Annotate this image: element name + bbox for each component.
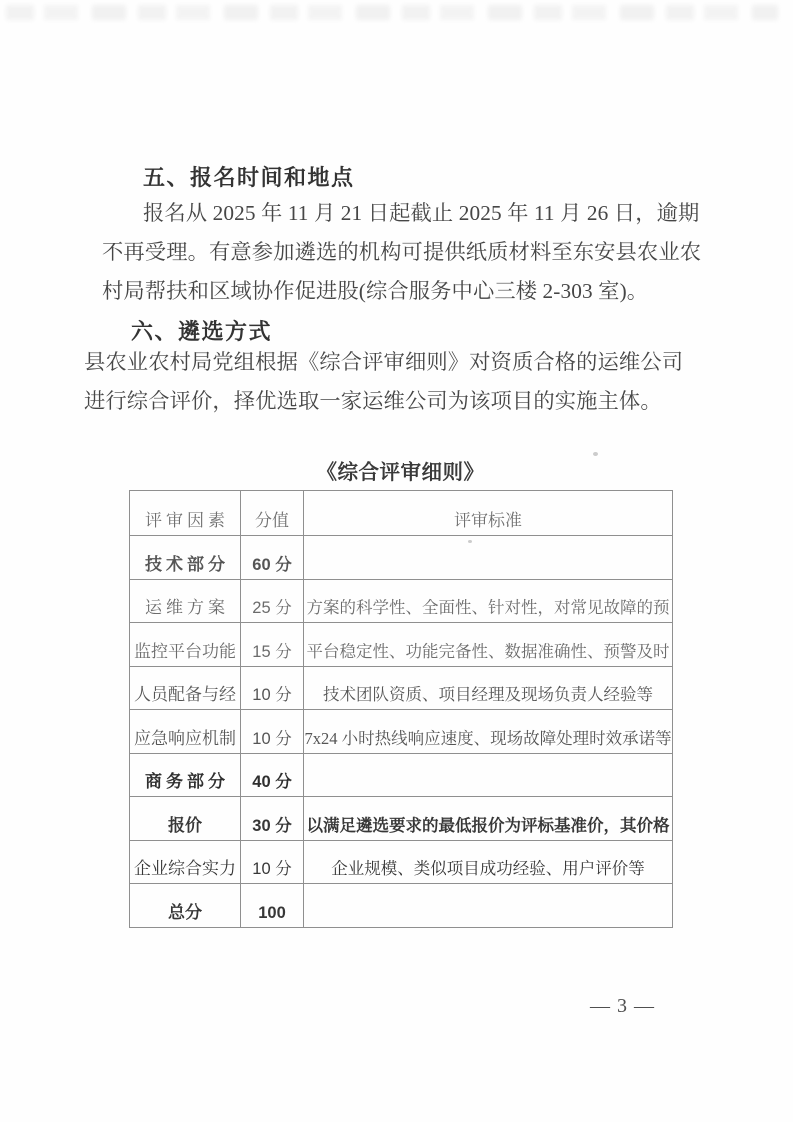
cell-criteria: 平台稳定性、功能完备性、数据准确性、预警及时: [304, 623, 673, 667]
section5-paragraph: 报名从 2025 年 11 月 21 日起截止 2025 年 11 月 26 日…: [102, 194, 701, 311]
table-row-staffing: 人员配备与经 10 分 技术团队资质、项目经理及现场负责人经验等: [130, 666, 673, 710]
header-score: 分值: [241, 491, 304, 536]
cell-score: 15 分: [241, 623, 304, 667]
cell-score: 10 分: [241, 666, 304, 710]
cell-criteria: 技术团队资质、项目经理及现场负责人经验等: [304, 666, 673, 710]
table-title: 《综合评审细则》: [129, 455, 672, 485]
cell-score: 60 分: [241, 536, 304, 580]
cell-criteria: [304, 753, 673, 797]
paragraph-line: 报名从 2025 年 11 月 21 日起截止 2025 年 11 月 26 日…: [102, 194, 701, 233]
scan-bleedthrough-artifact: [6, 5, 778, 20]
table-row-commercial-section: 商务部分 40 分: [130, 753, 673, 797]
table-row-total-score: 总分 100: [130, 884, 673, 928]
table-row-monitor-platform: 监控平台功能 15 分 平台稳定性、功能完备性、数据准确性、预警及时: [130, 623, 673, 667]
cell-factor: 总分: [130, 884, 241, 928]
cell-score: 30 分: [241, 797, 304, 841]
cell-factor: 企业综合实力: [130, 840, 241, 884]
cell-score: 25 分: [241, 579, 304, 623]
cell-criteria: 企业规模、类似项目成功经验、用户评价等: [304, 840, 673, 884]
paragraph-line: 不再受理。有意参加遴选的机构可提供纸质材料至东安县农业农: [102, 233, 701, 272]
cell-factor: 商务部分: [130, 753, 241, 797]
cell-score: 10 分: [241, 840, 304, 884]
cell-criteria: [304, 884, 673, 928]
header-criteria: 评审标准: [304, 491, 673, 536]
cell-factor: 运维方案: [130, 579, 241, 623]
cell-score: 10 分: [241, 710, 304, 754]
table-row-emergency-response: 应急响应机制 10 分 7x24 小时热线响应速度、现场故障处理时效承诺等: [130, 710, 673, 754]
cell-score: 100: [241, 884, 304, 928]
table-row-ops-plan: 运维方案 25 分 方案的科学性、全面性、针对性，对常见故障的预: [130, 579, 673, 623]
cell-factor: 报价: [130, 797, 241, 841]
document-page: 五、报名时间和地点 报名从 2025 年 11 月 21 日起截止 2025 年…: [0, 0, 793, 1122]
table-header-row: 评审因素 分值 评审标准: [130, 491, 673, 536]
paragraph-line: 村局帮扶和区域协作促进股(综合服务中心三楼 2-303 室)。: [102, 272, 701, 311]
cell-criteria: 以满足遴选要求的最低报价为评标基准价，其价格: [304, 797, 673, 841]
evaluation-criteria-table: 评审因素 分值 评审标准 技术部分 60 分 运维方案 25 分 方案的科学性、…: [129, 490, 673, 928]
section5-heading: 五、报名时间和地点: [143, 161, 355, 192]
cell-factor: 技术部分: [130, 536, 241, 580]
table-row-technical-section: 技术部分 60 分: [130, 536, 673, 580]
section6-paragraph: 县农业农村局党组根据《综合评审细则》对资质合格的运维公司 进行综合评价，择优选取…: [84, 343, 683, 421]
cell-criteria: 7x24 小时热线响应速度、现场故障处理时效承诺等: [304, 710, 673, 754]
cell-criteria: 方案的科学性、全面性、针对性，对常见故障的预: [304, 579, 673, 623]
page-number: — 3 —: [590, 995, 655, 1018]
section6-heading: 六、遴选方式: [131, 315, 272, 346]
cell-factor: 应急响应机制: [130, 710, 241, 754]
paragraph-line: 进行综合评价，择优选取一家运维公司为该项目的实施主体。: [84, 382, 683, 421]
header-factor: 评审因素: [130, 491, 241, 536]
cell-factor: 监控平台功能: [130, 623, 241, 667]
paragraph-line: 县农业农村局党组根据《综合评审细则》对资质合格的运维公司: [84, 343, 683, 382]
cell-score: 40 分: [241, 753, 304, 797]
table-row-company-strength: 企业综合实力 10 分 企业规模、类似项目成功经验、用户评价等: [130, 840, 673, 884]
table-row-quotation: 报价 30 分 以满足遴选要求的最低报价为评标基准价，其价格: [130, 797, 673, 841]
cell-factor: 人员配备与经: [130, 666, 241, 710]
cell-criteria: [304, 536, 673, 580]
